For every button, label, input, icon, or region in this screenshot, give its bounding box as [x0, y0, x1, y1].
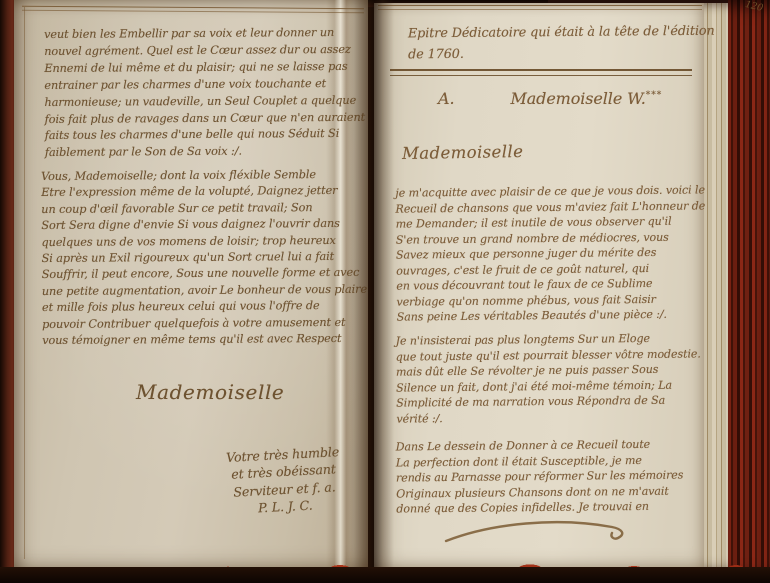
gutter-shadow: [350, 0, 394, 583]
manuscript-line: Souffrir, il peut encore, Sous une nouve…: [42, 265, 367, 284]
right-paragraph-2: Je n'insisterai pas plus longtems Sur un…: [396, 330, 702, 426]
dedication-stars: ***: [646, 91, 663, 101]
manuscript-line: veut bien les Embellir par sa voix et le…: [44, 25, 365, 44]
epistle-header: Epitre Dédicatoire qui était à la tête d…: [408, 21, 715, 66]
right-page-salutation: Mademoiselle: [402, 142, 524, 163]
manuscript-line: et mille fois plus heureux celui qui vou…: [42, 298, 367, 317]
header-line: Epitre Dédicatoire qui était à la tête d…: [408, 21, 715, 45]
manuscript-line: Etre l'expression même de la volupté, Da…: [41, 183, 366, 202]
right-paragraph-3: Dans Le dessein de Donner à ce Recueil t…: [396, 436, 684, 517]
dedication-line: A. Mademoiselle W.***: [438, 89, 662, 108]
signature-block: Votre très humbleet très obéissantServit…: [208, 442, 359, 519]
left-page-top-rule: [22, 6, 364, 13]
manuscript-line: Simplicité de ma narration vous Répondra…: [396, 392, 701, 411]
manuscript-line: nouvel agrément. Quel est le Cœur assez …: [44, 42, 365, 61]
leather-bottom-edge: [0, 567, 770, 583]
manuscript-line: faiblement par le Son de Sa voix :/.: [45, 143, 366, 162]
manuscript-line: Sort Sera digne d'envie Si vous daignez …: [41, 216, 366, 235]
right-page: Epitre Dédicatoire qui était à la tête d…: [374, 3, 704, 570]
left-page: veut bien les Embellir par sa voix et le…: [14, 0, 368, 572]
manuscript-line: vous témoigner en même tems qu'il est av…: [42, 331, 367, 350]
right-page-top-rule: [378, 5, 702, 10]
manuscript-line: harmonieuse; un vaudeville, un Seul Coup…: [44, 92, 365, 111]
manuscript-line: Sans peine Les véritables Beautés d'une …: [397, 306, 707, 325]
manuscript-line: S'en trouve un grand nombre de médiocres…: [396, 229, 706, 248]
manuscript-line: vérité :/.: [396, 408, 701, 427]
manuscript-line: Ennemi de lui même et du plaisir; qui ne…: [44, 59, 365, 78]
ink-flourish: [440, 515, 640, 549]
red-leather-right-edge: [728, 0, 770, 583]
dedication-prefix: A.: [438, 89, 454, 108]
dedication-name: Mademoiselle W.***: [510, 89, 662, 108]
manuscript-line: faits tous les charmes d'une belle qui n…: [45, 126, 366, 145]
left-page-salutation: Mademoiselle: [136, 380, 284, 404]
left-paragraph-2: Vous, Mademoiselle; dont la voix fléxibl…: [41, 167, 367, 350]
header-divider-rule: [390, 69, 692, 76]
header-line: de 1760.: [408, 42, 715, 66]
left-paragraph-1: veut bien les Embellir par sa voix et le…: [44, 25, 365, 162]
left-page-margin-rule: [24, 7, 25, 559]
manuscript-book-photo: veut bien les Embellir par sa voix et le…: [0, 0, 770, 583]
right-paragraph-1: je m'acquitte avec plaisir de ce que je …: [395, 182, 706, 325]
manuscript-line: entrainer par les charmes d'une voix tou…: [44, 75, 365, 94]
